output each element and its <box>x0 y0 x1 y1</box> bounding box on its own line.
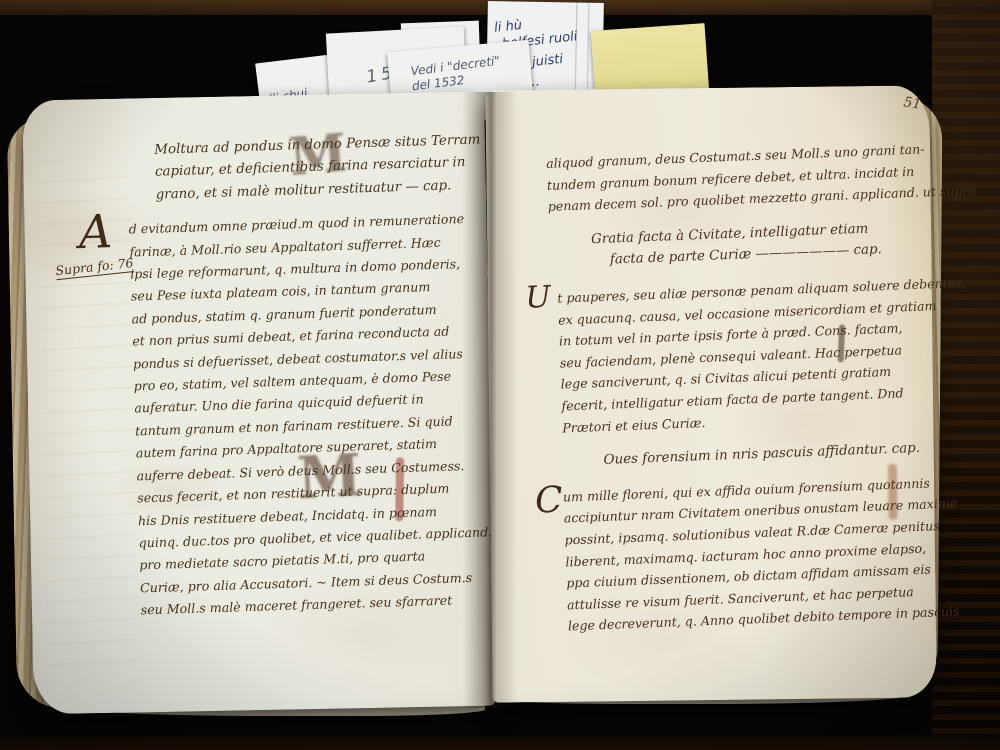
table-wood-right <box>932 0 1000 750</box>
right-paragraph-2-lines: t pauperes, seu aliæ personæ penam aliqu… <box>557 274 927 439</box>
left-page-paragraph: A d evitandum omne præiud.m quod in remu… <box>128 208 481 622</box>
table-edge-bottom <box>0 736 1000 750</box>
right-paragraph-3: C um mille floreni, qui ex affida ouium … <box>563 472 935 637</box>
chapter-heading-moltura: Moltura ad pondus in domo Pensæ situs Te… <box>154 130 468 207</box>
right-paragraph-1: aliquod granum, deus Costumat.s seu Moll… <box>546 139 918 218</box>
folio-number: 51 <box>902 94 922 112</box>
photo-of-manuscript: (li chui 1527 Vedi i "decreti" del 1532 … <box>0 0 1000 750</box>
chapter-heading-oues: Oues forensium in nris pascuis affidantu… <box>603 438 928 472</box>
right-page-text-block: aliquod granum, deus Costumat.s seu Moll… <box>546 139 934 638</box>
chapter-heading-gratia: Gratia facta à Civitate, intelligatur et… <box>591 216 920 272</box>
left-manuscript-page: M M Supra fo: 76 Moltura ad pondus in do… <box>22 92 496 715</box>
right-paragraph-2: U t pauperes, seu aliæ personæ penam ali… <box>557 274 927 439</box>
drop-cap-U: U <box>525 284 551 313</box>
drop-cap-C: C <box>535 484 564 517</box>
left-page-text-block: Moltura ad pondus in domo Pensæ situs Te… <box>126 130 481 622</box>
heading-line: Oues forensium in nris pascuis affidantu… <box>603 438 928 472</box>
right-paragraph-3-lines: um mille floreni, qui ex affida ouium fo… <box>563 472 935 637</box>
left-body-lines: d evitandum omne præiud.m quod in remune… <box>128 208 481 622</box>
right-manuscript-page: 51 aliquod granum, deus Costumat.s seu M… <box>485 85 936 702</box>
drop-cap-A: A <box>78 211 112 252</box>
